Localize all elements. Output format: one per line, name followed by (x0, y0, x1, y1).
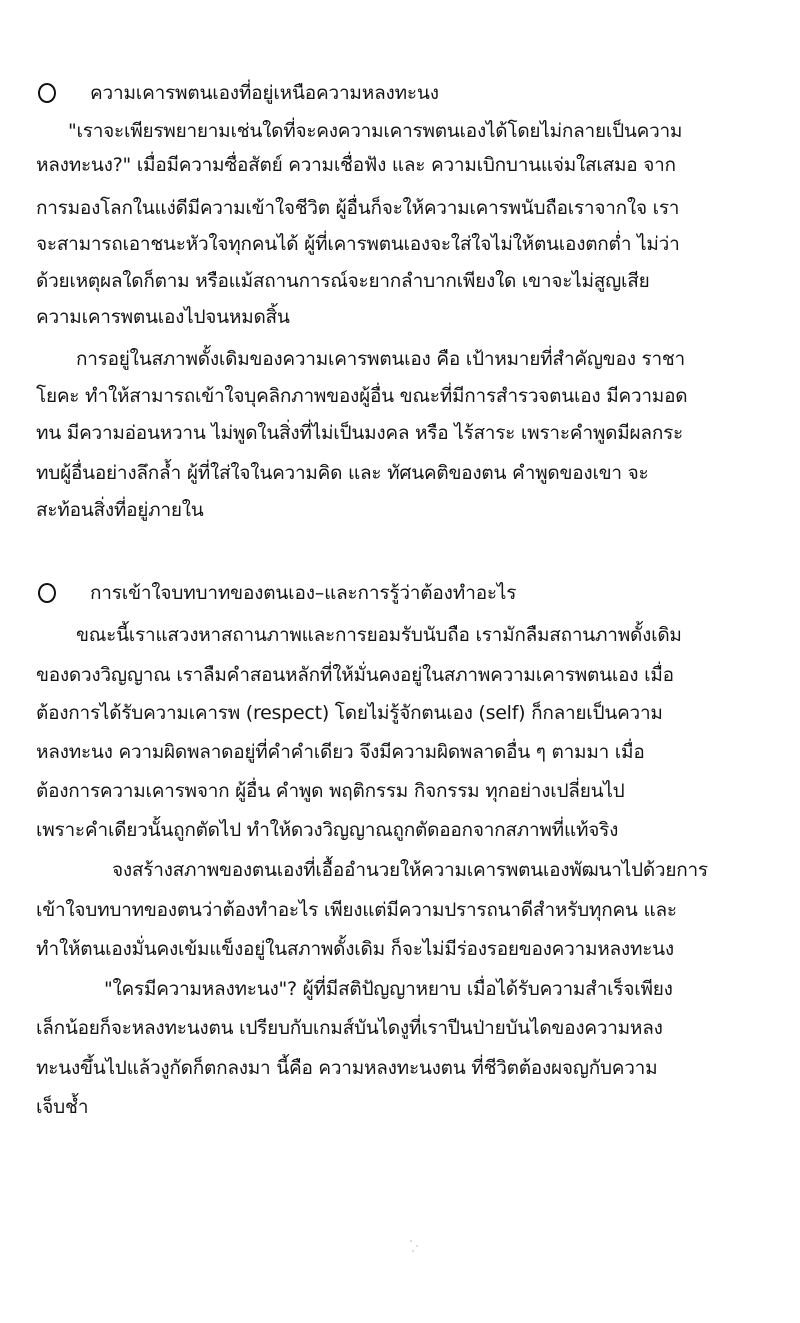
paragraph-line: "ใครมีความหลงทะนง"? ผู้ที่มีสติปัญญาหยาบ… (104, 974, 673, 1004)
paragraph-line: ด้วยเหตุผลใดก็ตาม หรือแม้สถานการณ์จะยากล… (36, 266, 650, 296)
paragraph-line: ความเคารพตนเองไปจนหมดสิ้น (36, 302, 290, 332)
section-heading-text: การเข้าใจบทบาทของตนเอง–และการรู้ว่าต้องท… (90, 578, 516, 608)
scan-speck (412, 1250, 414, 1252)
paragraph-line: เข้าใจบทบาทของตนว่าต้องทำอะไร เพียงแต่มี… (36, 895, 677, 925)
paragraph-line: การอยู่ในสภาพดั้งเดิมของความเคารพตนเอง ค… (76, 344, 685, 374)
paragraph-line: ทะนงขึ้นไปแล้วงูกัดก็ตกลงมา นี้คือ ความห… (36, 1053, 657, 1083)
section-heading: การเข้าใจบทบาทของตนเอง–และการรู้ว่าต้องท… (36, 578, 516, 608)
paragraph-line: ทบผู้อื่นอย่างลึกล้ำ ผู้ที่ใส่ใจในความคิ… (36, 458, 648, 488)
paragraph-line: ต้องการความเคารพจาก ผู้อื่น คำพูด พฤติกร… (36, 776, 624, 806)
paragraph-line: ขณะนี้เราแสวงหาสถานภาพและการยอมรับนับถือ… (76, 620, 682, 650)
section-heading: ความเคารพตนเองที่อยู่เหนือความหลงทะนง (36, 78, 439, 108)
paragraph-line: จะสามารถเอาชนะหัวใจทุกคนได้ ผู้ที่เคารพต… (36, 229, 680, 259)
hollow-circle-bullet-icon (38, 83, 56, 103)
scan-speck (410, 1240, 412, 1242)
paragraph-line: ต้องการได้รับความเคารพ (respect) โดยไม่ร… (36, 698, 663, 728)
paragraph-line: จงสร้างสภาพของตนเองที่เอื้ออำนวยให้ความเ… (112, 855, 708, 885)
paragraph-line: ทำให้ตนเองมั่นคงเข้มแข็งอยู่ในสภาพดั้งเด… (36, 934, 674, 964)
paragraph-line: ของดวงวิญญาณ เราลืมคำสอนหลักที่ให้มั่นคง… (36, 660, 674, 690)
paragraph-line: ทน มีความอ่อนหวาน ไม่พูดในสิ่งที่ไม่เป็น… (36, 418, 683, 448)
paragraph-line: โยคะ ทำให้สามารถเข้าใจบุคลิกภาพของผู้อื่… (36, 381, 687, 411)
paragraph-line: เพราะคำเดียวนั้นถูกตัดไป ทำให้ดวงวิญญาณถ… (36, 815, 618, 845)
paragraph-line: หลงทะนง ความผิดพลาดอยู่ที่คำคำเดียว จึงม… (36, 737, 644, 767)
scanned-document-page: ความเคารพตนเองที่อยู่เหนือความหลงทะนง "เ… (0, 0, 800, 1323)
scan-speck (416, 1245, 418, 1247)
paragraph-line: หลงทะนง?" เมื่อมีความซื่อสัตย์ ความเชื่อ… (36, 150, 676, 180)
section-heading-text: ความเคารพตนเองที่อยู่เหนือความหลงทะนง (90, 78, 439, 108)
paragraph-line: "เราจะเพียรพยายามเช่นใดที่จะคงความเคารพต… (68, 116, 682, 146)
paragraph-line: สะท้อนสิ่งที่อยู่ภายใน (36, 495, 204, 525)
hollow-circle-bullet-icon (38, 583, 56, 603)
paragraph-line: เล็กน้อยก็จะหลงทะนงตน เปรียบกับเกมส์บันไ… (36, 1013, 663, 1043)
paragraph-line: เจ็บช้ำ (36, 1092, 88, 1122)
paragraph-line: การมองโลกในแง่ดีมีความเข้าใจชีวิต ผู้อื่… (36, 193, 679, 223)
